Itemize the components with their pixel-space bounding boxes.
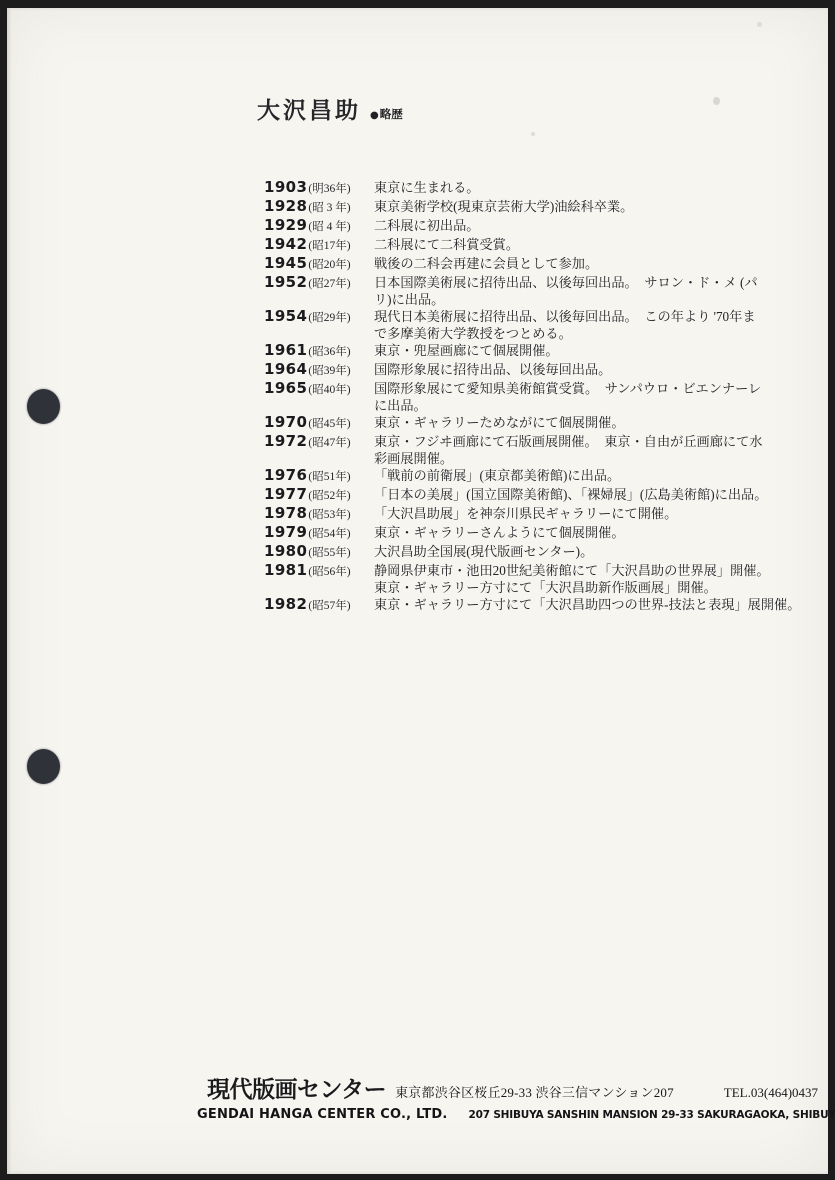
entry-year-column: 1964(昭39年) [264,361,374,380]
entry-year: 1942 [264,235,307,253]
entry-description-line: 東京に生まれる。 [374,179,779,196]
chronology-entry: 1961(昭36年) 東京・兜屋画廊にて個展開催。 [264,342,779,361]
scan-speck [713,97,720,105]
entry-description: 東京・ギャラリーためながにて個展開催。 [374,414,779,431]
entry-year-column: 1977(昭52年) [264,486,374,505]
chronology-entry: 1945(昭20年) 戦後の二科会再建に会員として参加。 [264,255,779,274]
entry-description: 戦後の二科会再建に会員として参加。 [374,255,779,272]
entry-year-column: 1970(昭45年) [264,414,374,433]
scan-speck [531,132,535,136]
entry-description: 「日本の美展」(国立国際美術館)、「裸婦展」(広島美術館)に出品。 [374,486,779,503]
entry-year: 1982 [264,595,307,613]
entry-era: (昭36年) [308,346,350,358]
entry-year-column: 1945(昭20年) [264,255,374,274]
entry-year: 1961 [264,341,307,359]
entry-year: 1945 [264,254,307,272]
entry-era: (昭57年) [308,600,350,612]
chronology-entry: 1903(明36年) 東京に生まれる。 [264,179,779,198]
entry-description: 東京・兜屋画廊にて個展開催。 [374,342,779,359]
entry-year-column: 1954(昭29年) [264,308,374,327]
page-title: 大沢昌助 [257,92,361,125]
entry-year-column: 1965(昭40年) [264,380,374,399]
entry-year-column: 1929(昭 4 年) [264,217,374,236]
entry-era: (昭40年) [308,384,350,396]
entry-era: (昭39年) [308,365,350,377]
entry-description-line: 彩画展開催。 [374,450,779,467]
entry-year: 1964 [264,360,307,378]
entry-description-line: 東京・フジヰ画廊にて石版画展開催。 東京・自由が丘画廊にて水 [374,433,779,450]
entry-year-column: 1928(昭 3 年) [264,198,374,217]
entry-year: 1952 [264,273,307,291]
punch-hole [27,389,60,424]
entry-year: 1980 [264,542,307,560]
document-header: 大沢昌助 ● 略歴 [257,92,403,125]
entry-description-line: 東京・兜屋画廊にて個展開催。 [374,342,779,359]
entry-era: (昭20年) [308,259,350,271]
publisher-footer: 現代版画センター 東京都渋谷区桜丘29-33 渋谷三信マンション207 TEL.… [197,1071,835,1122]
chronology-entry: 1952(昭27年) 日本国際美術展に招待出品、以後毎回出品。 サロン・ド・メ … [264,274,779,308]
chronology-entry: 1929(昭 4 年) 二科展に初出品。 [264,217,779,236]
entry-description-line: 「日本の美展」(国立国際美術館)、「裸婦展」(広島美術館)に出品。 [374,486,779,503]
entry-description-line: 静岡県伊東市・池田20世紀美術館にて「大沢昌助の世界展」開催。 [374,562,779,579]
entry-description: 東京・ギャラリーさんようにて個展開催。 [374,524,779,541]
entry-year: 1929 [264,216,307,234]
entry-description: 二科展にて二科賞受賞。 [374,236,779,253]
publisher-row-english: GENDAI HANGA CENTER CO., LTD. 207 SHIBUY… [197,1107,835,1122]
entry-description-line: 現代日本美術展に招待出品、以後毎回出品。 この年より '70年ま [374,308,779,325]
entry-description: 「戦前の前衛展」(東京都美術館)に出品。 [374,467,779,484]
entry-description-line: に出品。 [374,397,779,414]
entry-year: 1970 [264,413,307,431]
chronology-entry: 1964(昭39年) 国際形象展に招待出品、以後毎回出品。 [264,361,779,380]
entry-year-column: 1903(明36年) [264,179,374,198]
entry-description-line: 東京・ギャラリーためながにて個展開催。 [374,414,779,431]
entry-year-column: 1978(昭53年) [264,505,374,524]
entry-description-line: 東京・ギャラリーさんようにて個展開催。 [374,524,779,541]
entry-description: 現代日本美術展に招待出品、以後毎回出品。 この年より '70年まで多摩美術大学教… [374,308,779,342]
entry-era: (昭 3 年) [308,202,350,214]
publisher-contact: TEL.03(464)0437〒150 [724,1082,835,1101]
chronology-entry: 1977(昭52年) 「日本の美展」(国立国際美術館)、「裸婦展」(広島美術館)… [264,486,779,505]
entry-year-column: 1980(昭55年) [264,543,374,562]
chronology-entry: 1965(昭40年) 国際形象展にて愛知県美術館賞受賞。 サンパウロ・ビエンナー… [264,380,779,414]
chronology-list: 1903(明36年) 東京に生まれる。 1928(昭 3 年) 東京美術学校(現… [264,179,779,615]
entry-description: 日本国際美術展に招待出品、以後毎回出品。 サロン・ド・メ (パリ)に出品。 [374,274,779,308]
entry-description: 東京美術学校(現東京芸術大学)油絵科卒業。 [374,198,779,215]
chronology-entry: 1954(昭29年) 現代日本美術展に招待出品、以後毎回出品。 この年より '7… [264,308,779,342]
entry-era: (昭27年) [308,278,350,290]
entry-year: 1954 [264,307,307,325]
entry-era: (昭51年) [308,471,350,483]
entry-year: 1977 [264,485,307,503]
entry-era: (昭29年) [308,312,350,324]
document-page: 大沢昌助 ● 略歴 1903(明36年) 東京に生まれる。 1928(昭 3 年… [7,8,828,1174]
entry-year: 1976 [264,466,307,484]
entry-year: 1972 [264,432,307,450]
publisher-address-english: 207 SHIBUYA SANSHIN MANSION 29-33 SAKURA… [469,1109,835,1121]
entry-era: (昭45年) [308,418,350,430]
entry-year-column: 1981(昭56年) [264,562,374,581]
entry-description: 東京・フジヰ画廊にて石版画展開催。 東京・自由が丘画廊にて水彩画展開催。 [374,433,779,467]
entry-era: (昭54年) [308,528,350,540]
scan-speck [757,22,762,27]
entry-description-line: 東京・ギャラリー方寸にて「大沢昌助新作版画展」開催。 [374,579,779,596]
entry-year: 1979 [264,523,307,541]
entry-description-line: 国際形象展にて愛知県美術館賞受賞。 サンパウロ・ビエンナーレ [374,380,779,397]
entry-year: 1928 [264,197,307,215]
entry-era: (昭56年) [308,566,350,578]
entry-era: (昭55年) [308,547,350,559]
chronology-entry: 1972(昭47年) 東京・フジヰ画廊にて石版画展開催。 東京・自由が丘画廊にて… [264,433,779,467]
entry-description: 大沢昌助全国展(現代版画センター)。 [374,543,779,560]
entry-era: (昭47年) [308,437,350,449]
entry-year: 1965 [264,379,307,397]
chronology-entry: 1980(昭55年) 大沢昌助全国展(現代版画センター)。 [264,543,779,562]
punch-hole [27,749,60,784]
entry-description: 国際形象展に招待出品、以後毎回出品。 [374,361,779,378]
entry-description-line: リ)に出品。 [374,291,779,308]
entry-year: 1903 [264,178,307,196]
entry-description: 東京・ギャラリー方寸にて「大沢昌助四つの世界-技法と表現」展開催。 [374,596,800,613]
entry-era: (昭 4 年) [308,221,350,233]
entry-era: (昭52年) [308,490,350,502]
entry-description: 国際形象展にて愛知県美術館賞受賞。 サンパウロ・ビエンナーレに出品。 [374,380,779,414]
entry-era: (昭53年) [308,509,350,521]
entry-description-line: 戦後の二科会再建に会員として参加。 [374,255,779,272]
publisher-address-japanese: 東京都渋谷区桜丘29-33 渋谷三信マンション207 [395,1082,674,1101]
publisher-phone: TEL.03(464)0437 [724,1085,818,1100]
entry-year-column: 1979(昭54年) [264,524,374,543]
entry-description-line: 国際形象展に招待出品、以後毎回出品。 [374,361,779,378]
entry-year-column: 1976(昭51年) [264,467,374,486]
chronology-entry: 1979(昭54年) 東京・ギャラリーさんようにて個展開催。 [264,524,779,543]
chronology-entry: 1970(昭45年) 東京・ギャラリーためながにて個展開催。 [264,414,779,433]
chronology-entry: 1978(昭53年) 「大沢昌助展」を神奈川県民ギャラリーにて開催。 [264,505,779,524]
entry-year: 1981 [264,561,307,579]
entry-era: (昭17年) [308,240,350,252]
entry-description: 東京に生まれる。 [374,179,779,196]
publisher-logo-japanese: 現代版画センター [207,1071,386,1104]
entry-year-column: 1952(昭27年) [264,274,374,293]
entry-description: 二科展に初出品。 [374,217,779,234]
entry-description: 「大沢昌助展」を神奈川県民ギャラリーにて開催。 [374,505,779,522]
entry-description-line: 「大沢昌助展」を神奈川県民ギャラリーにて開催。 [374,505,779,522]
publisher-row-japanese: 現代版画センター 東京都渋谷区桜丘29-33 渋谷三信マンション207 TEL.… [197,1071,835,1104]
publisher-logo-english: GENDAI HANGA CENTER CO., LTD. [197,1107,448,1122]
chronology-entry: 1976(昭51年) 「戦前の前衛展」(東京都美術館)に出品。 [264,467,779,486]
entry-description-line: 「戦前の前衛展」(東京都美術館)に出品。 [374,467,779,484]
entry-description: 静岡県伊東市・池田20世紀美術館にて「大沢昌助の世界展」開催。東京・ギャラリー方… [374,562,779,596]
entry-year-column: 1961(昭36年) [264,342,374,361]
entry-year-column: 1972(昭47年) [264,433,374,452]
chronology-entry: 1982(昭57年) 東京・ギャラリー方寸にて「大沢昌助四つの世界-技法と表現」… [264,596,779,615]
entry-description-line: 日本国際美術展に招待出品、以後毎回出品。 サロン・ド・メ (パ [374,274,779,291]
entry-year-column: 1982(昭57年) [264,596,374,615]
entry-description-line: で多摩美術大学教授をつとめる。 [374,325,779,342]
chronology-entry: 1981(昭56年) 静岡県伊東市・池田20世紀美術館にて「大沢昌助の世界展」開… [264,562,779,596]
chronology-entry: 1928(昭 3 年) 東京美術学校(現東京芸術大学)油絵科卒業。 [264,198,779,217]
entry-description-line: 二科展に初出品。 [374,217,779,234]
entry-era: (明36年) [308,183,350,195]
chronology-entry: 1942(昭17年) 二科展にて二科賞受賞。 [264,236,779,255]
page-subtitle: ● 略歴 [370,106,403,122]
entry-description-line: 東京美術学校(現東京芸術大学)油絵科卒業。 [374,198,779,215]
entry-description-line: 東京・ギャラリー方寸にて「大沢昌助四つの世界-技法と表現」展開催。 [374,596,800,613]
entry-year-column: 1942(昭17年) [264,236,374,255]
entry-description-line: 大沢昌助全国展(現代版画センター)。 [374,543,779,560]
entry-description-line: 二科展にて二科賞受賞。 [374,236,779,253]
bullet-icon: ● [370,110,379,121]
page-subtitle-label: 略歴 [380,106,403,122]
entry-year: 1978 [264,504,307,522]
